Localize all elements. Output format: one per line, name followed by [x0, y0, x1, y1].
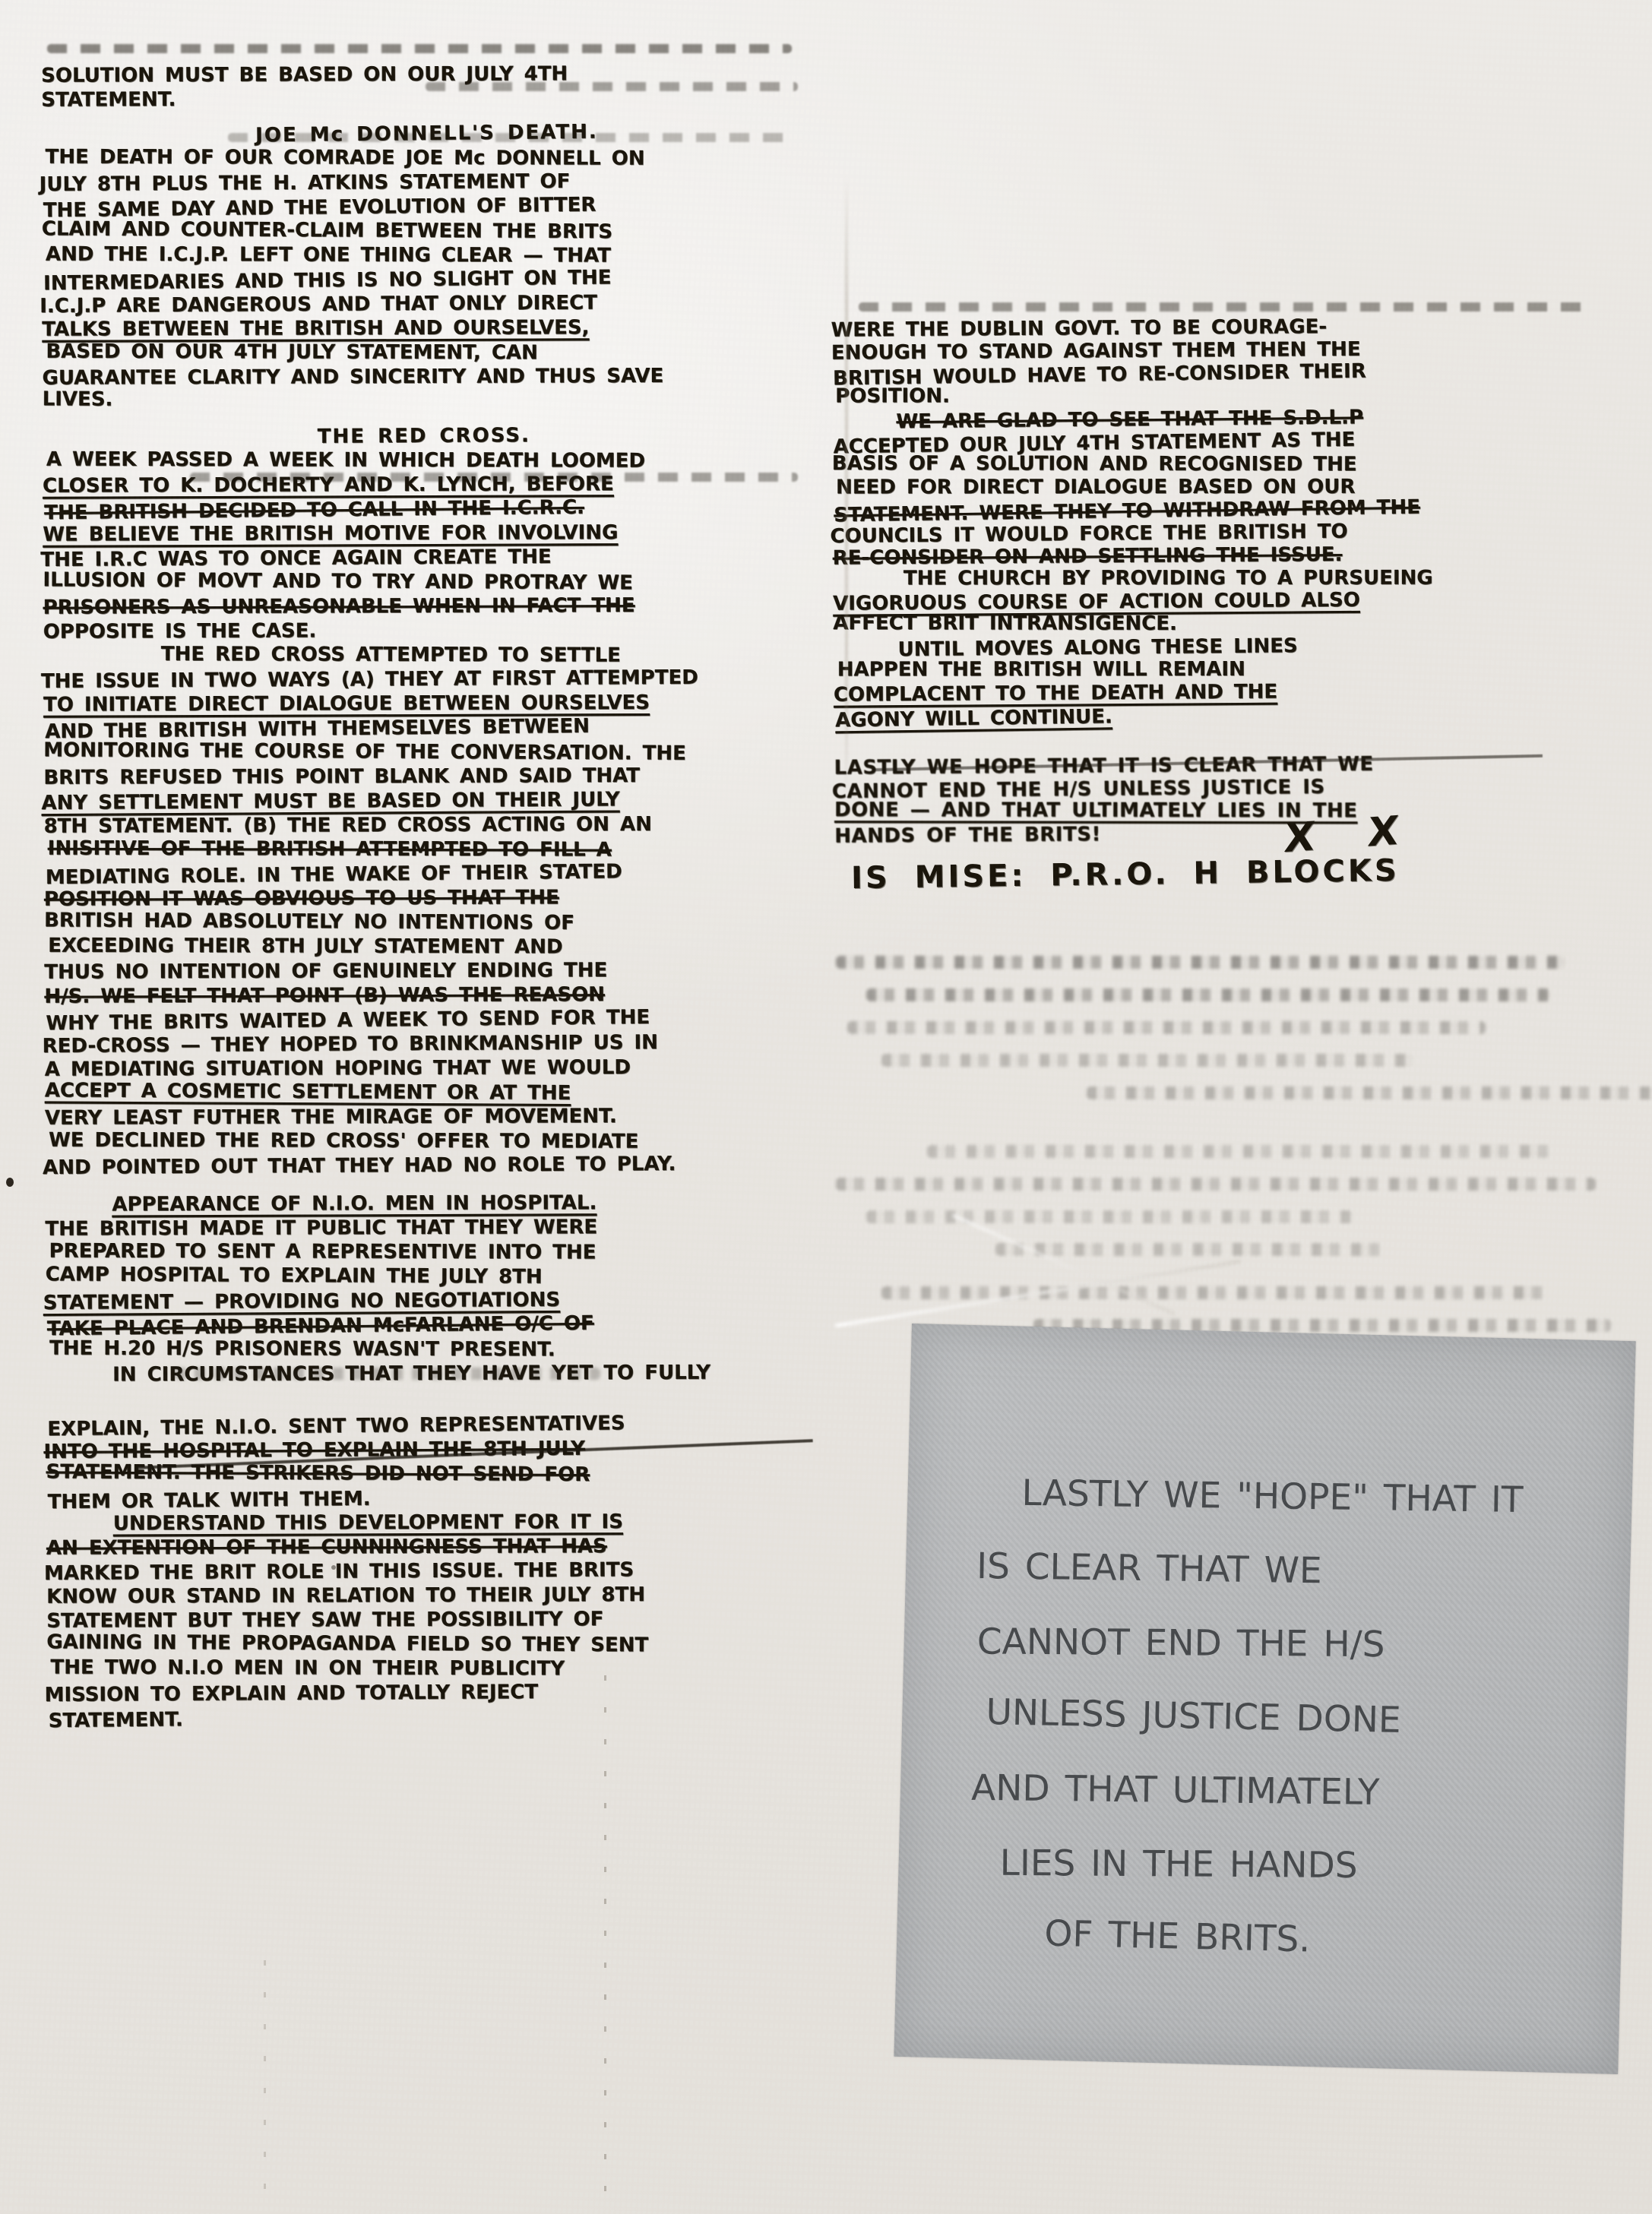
handwritten-line: AND POINTED OUT THAT THEY HAD NO ROLE TO…: [43, 1151, 810, 1180]
handwritten-line: THE ISSUE IN TWO WAYS (A) THEY AT FIRST …: [41, 665, 809, 694]
page-crease: [845, 175, 848, 798]
handwritten-line: BASIS OF A SOLUTION AND RECOGNISED THE: [832, 452, 1638, 476]
signature-line: IS MISE: P.R.O. H BLOCKS: [851, 853, 1400, 896]
handwritten-line: STATEMENT BUT THEY SAW THE POSSIBILITY O…: [46, 1606, 814, 1634]
handwritten-line: TALKS BETWEEN THE BRITISH AND OURSELVES,: [42, 315, 809, 342]
handwritten-line: A WEEK PASSED A WEEK IN WHICH DEATH LOOM…: [46, 448, 814, 474]
note-text: LASTLY WE "HOPE" THAT ITIS CLEAR THAT WE…: [971, 1456, 1524, 1979]
smudge-bar: [47, 44, 792, 53]
ghost-line: [866, 988, 1550, 1001]
handwritten-line: WE DECLINED THE RED CROSS' OFFER TO MEDI…: [49, 1128, 816, 1155]
handwritten-line: VERY LEAST FUTHER THE MIRAGE OF MOVEMENT…: [45, 1103, 812, 1131]
handwritten-line: RED-CROSS — THEY HOPED TO BRINKMANSHIP U…: [43, 1030, 810, 1058]
handwritten-line: BRITS REFUSED THIS POINT BLANK AND SAID …: [43, 763, 811, 790]
left-text-column: SOLUTION MUST BE BASED ON OUR JULY 4THST…: [41, 61, 815, 1731]
ghost-line: [881, 1054, 1413, 1067]
note-line: LASTLY WE "HOPE" THAT IT: [1021, 1456, 1524, 1537]
handwritten-line: I.C.J.P ARE DANGEROUS AND THAT ONLY DIRE…: [40, 289, 807, 318]
handwritten-line: THE RED CROSS.: [40, 422, 808, 451]
handwritten-line: GUARANTEE CLARITY AND SINCERITY AND THUS…: [43, 363, 810, 391]
handwritten-line: CLAIM AND COUNTER-CLAIM BETWEEN THE BRIT…: [42, 217, 809, 245]
fold-dotted-crease: [604, 1675, 606, 2211]
note-line: CANNOT END THE H/S: [976, 1605, 1523, 1682]
ink-speck: [6, 1178, 14, 1187]
ghost-line: [927, 1145, 1550, 1158]
handwritten-line: THE BRITISH MADE IT PUBLIC THAT THEY WER…: [45, 1214, 812, 1241]
handwritten-line: PRISONERS AS UNREASONABLE WHEN IN FACT T…: [43, 593, 811, 620]
ghost-line: [836, 1178, 1596, 1191]
smudge-bar: [228, 133, 790, 142]
handwritten-line: GAINING IN THE PROPAGANDA FIELD SO THEY …: [46, 1630, 814, 1658]
handwritten-line: AN EXTENTION OF THE CUNNINGNESS THAT HAS: [46, 1533, 814, 1561]
handwritten-line: THE RED CROSS ATTEMPTED TO SETTLE: [47, 642, 815, 669]
handwritten-line: ILLUSION OF MOVT AND TO TRY AND PROTRAY …: [43, 568, 810, 596]
handwritten-line: EXCEEDING THEIR 8TH JULY STATEMENT AND: [48, 934, 815, 960]
handwritten-line: KNOW OUR STAND IN RELATION TO THEIR JULY…: [46, 1582, 814, 1609]
note-line: IS CLEAR THAT WE: [976, 1529, 1523, 1611]
grey-pasted-note: LASTLY WE "HOPE" THAT ITIS CLEAR THAT WE…: [894, 1324, 1635, 2074]
handwritten-line: MONITORING THE COURSE OF THE CONVERSATIO…: [43, 738, 811, 766]
fold-dotted-crease: [264, 1960, 266, 2211]
handwritten-line: BASED ON OUR 4TH JULY STATEMENT, CAN: [46, 340, 813, 366]
note-line: AND THAT ULTIMATELY: [971, 1751, 1517, 1831]
ghost-line: [836, 956, 1565, 969]
handwritten-line: BRITISH HAD ABSOLUTELY NO INTENTIONS OF: [44, 908, 812, 936]
ghost-line: [847, 1021, 1486, 1034]
handwritten-line: VIGORUOUS COURSE OF ACTION COULD ALSO: [833, 587, 1638, 615]
ghost-line: [995, 1243, 1391, 1256]
note-line: UNLESS JUSTICE DONE: [986, 1675, 1525, 1760]
handwritten-line: PREPARED TO SENT A REPRESENTIVE INTO THE: [49, 1239, 817, 1266]
handwritten-line: A MEDIATING SITUATION HOPING THAT WE WOU…: [45, 1055, 812, 1082]
note-line: OF THE BRITS.: [1043, 1897, 1517, 1982]
ink-speck: [331, 1565, 336, 1570]
ghost-line: [1087, 1086, 1652, 1099]
note-line: LIES IN THE HANDS: [999, 1827, 1520, 1904]
handwritten-line: DONE — AND THAT ULTIMATELY LIES IN THE: [834, 799, 1640, 823]
handwritten-line: 8TH STATEMENT. (B) THE RED CROSS ACTING …: [44, 811, 812, 839]
handwritten-line: ANY SETTLEMENT MUST BE BASED ON THEIR JU…: [41, 786, 809, 815]
handwritten-line: THE CHURCH BY PROVIDING TO A PURSUEING: [837, 567, 1642, 590]
handwritten-line: MARKED THE BRIT ROLE IN THIS ISSUE. THE …: [44, 1557, 812, 1586]
ghost-line: [866, 1210, 1353, 1223]
handwritten-line: ACCEPT A COSMETIC SETTLEMENT OR AT THE: [45, 1078, 812, 1106]
handwritten-line: APPEARANCE OF N.I.O. MEN IN HOSPITAL.: [45, 1190, 812, 1217]
handwritten-line: THE DEATH OF OUR COMRADE JOE Mc DONNELL …: [46, 145, 813, 172]
handwritten-line: HANDS OF THE BRITS!: [834, 819, 1640, 847]
handwritten-line: HAPPEN THE BRITISH WILL REMAIN: [837, 658, 1643, 682]
smudge-bar: [426, 82, 798, 91]
handwritten-line: THE H.20 H/S PRISONERS WASN'T PRESENT.: [49, 1336, 817, 1363]
handwritten-line: OPPOSITE IS THE CASE.: [43, 617, 811, 644]
handwritten-line: THE TWO N.I.O MEN IN ON THEIR PUBLICITY: [51, 1656, 818, 1682]
smudge-bar: [859, 302, 1588, 312]
ghost-line: [175, 1368, 600, 1380]
smudge-bar: [190, 473, 798, 482]
handwritten-line: THUS NO INTENTION OF GENUINELY ENDING TH…: [44, 957, 812, 985]
handwritten-line: LIVES.: [43, 387, 810, 415]
ghost-line: [881, 1286, 1550, 1299]
scanned-document-page: { "document": { "kind": "photocopied han…: [0, 0, 1652, 2214]
